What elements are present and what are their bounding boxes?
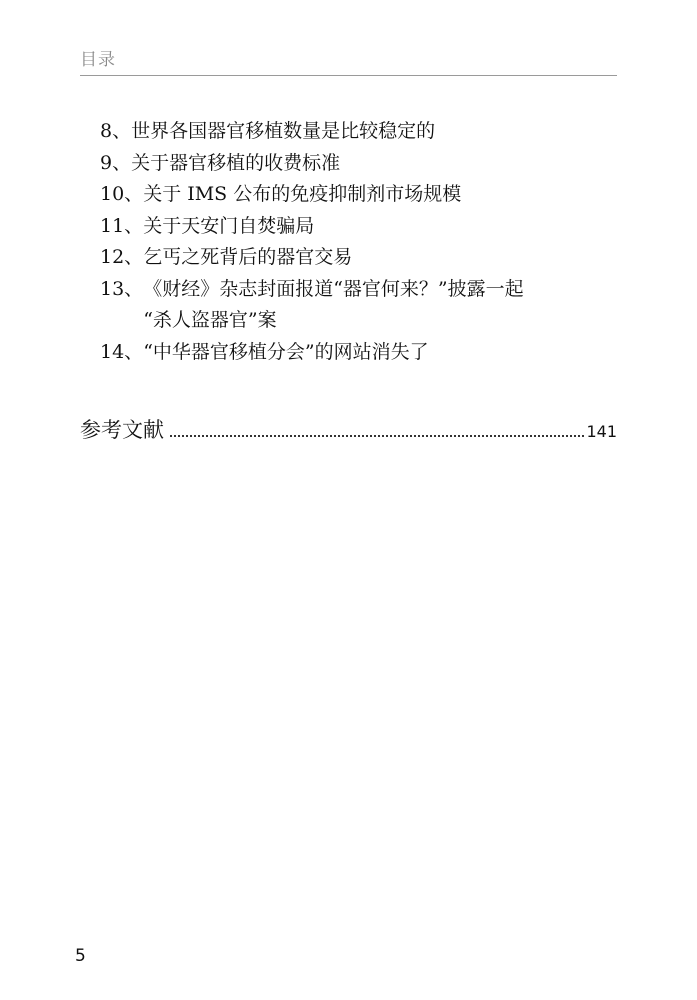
toc-item-title: “中华器官移植分会”的网站消失了 xyxy=(143,337,428,369)
toc-item-10[interactable]: 10、 关于 IMS 公布的免疫抑制剂市场规模 xyxy=(100,179,620,211)
dot-leader xyxy=(170,434,584,437)
page-number: 5 xyxy=(75,946,86,966)
toc-item-number: 12、 xyxy=(100,242,143,274)
toc-item-title: 世界各国器官移植数量是比较稳定的 xyxy=(131,116,435,148)
references-page-number: 141 xyxy=(584,422,617,441)
toc-item-number: 14、 xyxy=(100,337,143,369)
running-header: 目录 xyxy=(80,48,617,76)
toc-item-title: 《财经》杂志封面报道“器官何来？”披露一起 xyxy=(143,274,593,306)
toc-entry-references[interactable]: 参考文献 141 xyxy=(80,414,617,444)
header-divider xyxy=(80,75,617,76)
toc-item-title-block: 《财经》杂志封面报道“器官何来？”披露一起 “杀人盗器官”案 xyxy=(143,274,593,337)
toc-item-13[interactable]: 13、 《财经》杂志封面报道“器官何来？”披露一起 “杀人盗器官”案 xyxy=(100,274,620,337)
toc-item-number: 8、 xyxy=(100,116,131,148)
toc-item-14[interactable]: 14、 “中华器官移植分会”的网站消失了 xyxy=(100,337,620,369)
header-title: 目录 xyxy=(80,48,617,72)
toc-item-number: 9、 xyxy=(100,148,131,180)
toc-list: 8、 世界各国器官移植数量是比较稳定的 9、 关于器官移植的收费标准 10、 关… xyxy=(100,116,620,368)
toc-item-title: 关于 IMS 公布的免疫抑制剂市场规模 xyxy=(143,179,461,211)
toc-item-number: 10、 xyxy=(100,179,143,211)
toc-item-title: 关于天安门自焚骗局 xyxy=(143,211,314,243)
toc-item-12[interactable]: 12、 乞丐之死背后的器官交易 xyxy=(100,242,620,274)
toc-item-11[interactable]: 11、 关于天安门自焚骗局 xyxy=(100,211,620,243)
toc-item-number: 11、 xyxy=(100,211,143,243)
toc-item-8[interactable]: 8、 世界各国器官移植数量是比较稳定的 xyxy=(100,116,620,148)
toc-item-title: 乞丐之死背后的器官交易 xyxy=(143,242,352,274)
toc-item-title-continuation: “杀人盗器官”案 xyxy=(143,305,593,337)
toc-item-9[interactable]: 9、 关于器官移植的收费标准 xyxy=(100,148,620,180)
toc-item-title: 关于器官移植的收费标准 xyxy=(131,148,340,180)
references-label: 参考文献 xyxy=(80,414,170,444)
toc-item-number: 13、 xyxy=(100,274,143,306)
